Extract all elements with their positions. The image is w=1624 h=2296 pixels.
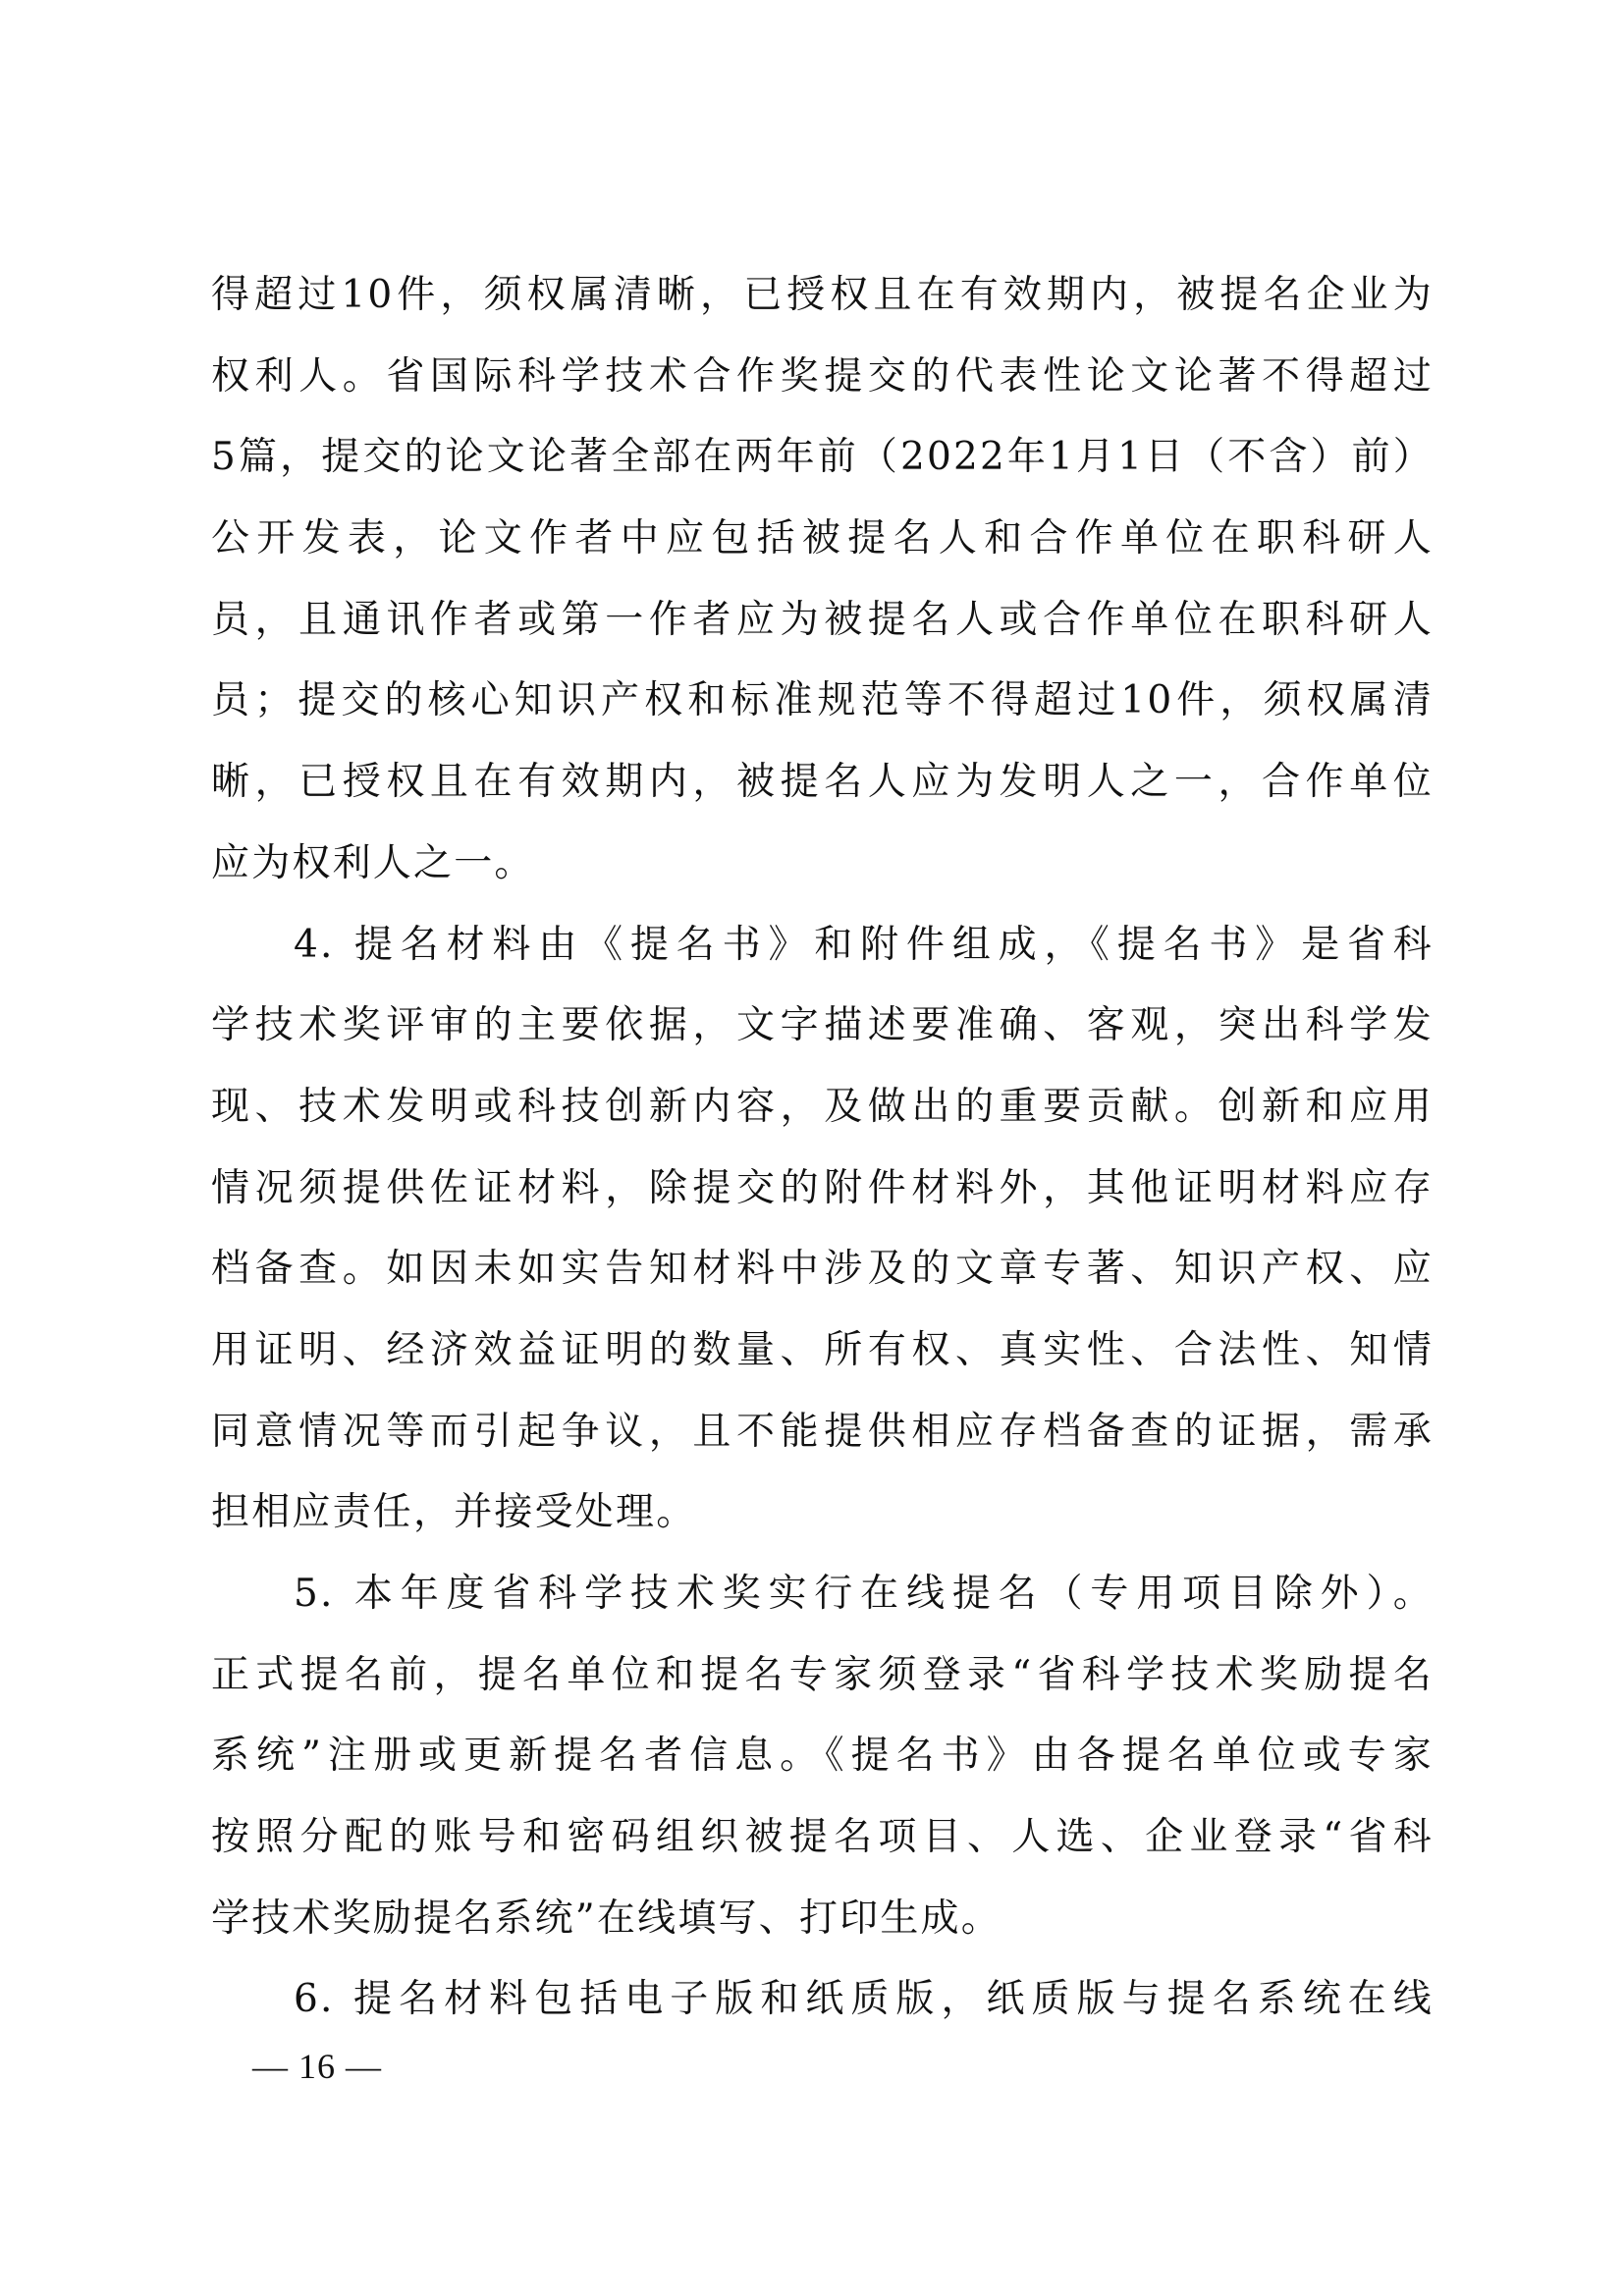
text-line: 情况须提供佐证材料，除提交的附件材料外，其他证明材料应存 xyxy=(211,1158,1434,1240)
paragraph-4-first-line: 4. 提名材料由《提名书》和附件组成，《提名书》是省科 xyxy=(211,915,1434,996)
text-line: 5篇，提交的论文论著全部在两年前（2022年1月1日（不含）前） xyxy=(211,427,1434,508)
body-text: 得超过10件，须权属清晰，已授权且在有效期内，被提名企业为 权利人。省国际科学技… xyxy=(211,265,1434,2051)
text-line: 正式提名前，提名单位和提名专家须登录“省科学技术奖励提名 xyxy=(211,1645,1434,1727)
text-line: 学技术奖评审的主要依据，文字描述要准确、客观，突出科学发 xyxy=(211,995,1434,1077)
paragraph-6-first-line: 6. 提名材料包括电子版和纸质版，纸质版与提名系统在线 xyxy=(211,1969,1434,2051)
text-line: 晰，已授权且在有效期内，被提名人应为发明人之一，合作单位 xyxy=(211,752,1434,833)
paragraph-5-first-line: 5. 本年度省科学技术奖实行在线提名（专用项目除外）。 xyxy=(211,1564,1434,1645)
text-line: 担相应责任，并接受处理。 xyxy=(211,1482,1434,1564)
text-line: 同意情况等而引起争议，且不能提供相应存档备查的证据，需承 xyxy=(211,1402,1434,1483)
text-line: 员；提交的核心知识产权和标准规范等不得超过10件，须权属清 xyxy=(211,670,1434,752)
text-line: 按照分配的账号和密码组织被提名项目、人选、企业登录“省科 xyxy=(211,1807,1434,1889)
text-line: 员，且通讯作者或第一作者应为被提名人或合作单位在职科研人 xyxy=(211,590,1434,671)
page-number: — 16 — xyxy=(252,2042,382,2091)
text-line: 应为权利人之一。 xyxy=(211,833,1434,915)
text-line: 公开发表，论文作者中应包括被提名人和合作单位在职科研人 xyxy=(211,508,1434,590)
text-line: 得超过10件，须权属清晰，已授权且在有效期内，被提名企业为 xyxy=(211,265,1434,347)
text-line: 档备查。如因未如实告知材料中涉及的文章专著、知识产权、应 xyxy=(211,1239,1434,1320)
document-page: 得超过10件，须权属清晰，已授权且在有效期内，被提名企业为 权利人。省国际科学技… xyxy=(0,0,1624,2296)
text-line: 用证明、经济效益证明的数量、所有权、真实性、合法性、知情 xyxy=(211,1320,1434,1402)
text-line: 现、技术发明或科技创新内容，及做出的重要贡献。创新和应用 xyxy=(211,1077,1434,1158)
text-line: 权利人。省国际科学技术合作奖提交的代表性论文论著不得超过 xyxy=(211,347,1434,428)
text-line: 系统”注册或更新提名者信息。《提名书》由各提名单位或专家 xyxy=(211,1726,1434,1807)
text-line: 学技术奖励提名系统”在线填写、打印生成。 xyxy=(211,1889,1434,1970)
